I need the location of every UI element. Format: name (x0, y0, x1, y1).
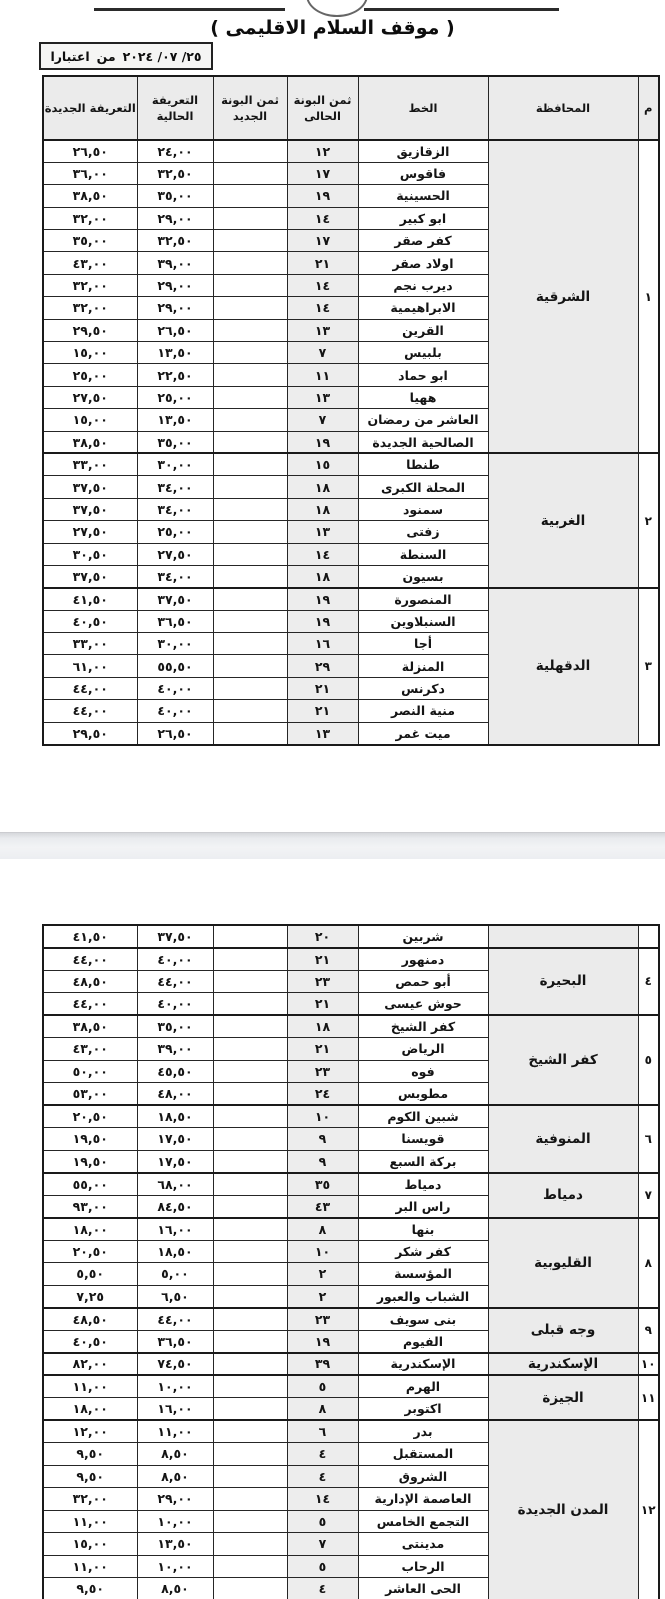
cell-coupon-new (213, 431, 287, 453)
cell-governorate: الدقهلية (488, 588, 638, 745)
cell-tariff-new: ٤٣,٠٠ (43, 1038, 137, 1061)
cell-coupon-new (213, 565, 287, 587)
cell-coupon-new (213, 655, 287, 677)
cell-tariff-new: ٤١,٥٠ (43, 588, 137, 610)
cell-tariff-current: ٤٤,٠٠ (137, 1308, 213, 1331)
cell-coupon-new (213, 521, 287, 543)
fare-row: ١١الجيزةالهرم٥١٠,٠٠١١,٠٠ (43, 1375, 659, 1398)
cell-tariff-new: ٣٨,٥٠ (43, 431, 137, 453)
cell-line: السنطة (358, 543, 488, 565)
cell-tariff-new: ٣٥,٠٠ (43, 230, 137, 252)
cell-line: الشباب والعبور (358, 1285, 488, 1308)
cell-coupon-current: ١٤ (287, 274, 358, 296)
cell-tariff-current: ١٧,٥٠ (137, 1150, 213, 1173)
cell-tariff-new: ٢٥,٠٠ (43, 364, 137, 386)
cell-tariff-current: ٨٤,٥٠ (137, 1195, 213, 1218)
cell-coupon-current: ٢١ (287, 677, 358, 699)
cell-coupon-new (213, 230, 287, 252)
cell-tariff-new: ١١,٠٠ (43, 1375, 137, 1398)
cell-num: ٩ (638, 1308, 659, 1353)
cell-coupon-current: ١٩ (287, 588, 358, 610)
cell-coupon-current: ١٤ (287, 207, 358, 229)
cell-num (638, 925, 659, 948)
cell-tariff-current: ٤٨,٠٠ (137, 1083, 213, 1106)
cell-tariff-current: ٣٥,٠٠ (137, 185, 213, 207)
cell-tariff-current: ٣٥,٠٠ (137, 1015, 213, 1038)
cell-coupon-new (213, 1038, 287, 1061)
cell-coupon-new (213, 1195, 287, 1218)
cell-line: الإسكندرية (358, 1353, 488, 1376)
cell-coupon-current: ٧ (287, 409, 358, 431)
cell-coupon-current: ١٠ (287, 1105, 358, 1128)
cell-tariff-new: ٥,٥٠ (43, 1263, 137, 1286)
cell-coupon-current: ٥ (287, 1375, 358, 1398)
cell-coupon-current: ٨ (287, 1218, 358, 1241)
cell-line: المؤسسة (358, 1263, 488, 1286)
cell-coupon-current: ٢١ (287, 948, 358, 971)
cell-line: اكتوبر (358, 1398, 488, 1421)
cell-num: ١٢ (638, 1420, 659, 1599)
cell-coupon-current: ٩ (287, 1128, 358, 1151)
cell-line: العاشر من رمضان (358, 409, 488, 431)
cell-coupon-new (213, 588, 287, 610)
cell-coupon-current: ٢١ (287, 993, 358, 1016)
header-cell-governorate: المحافظة (488, 76, 638, 140)
fare-table-page1: م المحافظة الخط ثمن البونة الحالى ثمن ال… (42, 75, 660, 746)
cell-tariff-current: ٥٥,٥٠ (137, 655, 213, 677)
cell-line: الابراهيمية (358, 297, 488, 319)
cell-coupon-current: ١٨ (287, 1015, 358, 1038)
cell-tariff-new: ٧,٢٥ (43, 1285, 137, 1308)
header-cell-tariff-current: التعريفة الحالية (137, 76, 213, 140)
cell-line: زفتى (358, 521, 488, 543)
cell-line: اولاد صقر (358, 252, 488, 274)
cell-coupon-current: ١٢ (287, 140, 358, 162)
fare-row: ١٢المدن الجديدةبدر٦١١,٠٠١٢,٠٠ (43, 1420, 659, 1443)
cell-tariff-new: ٢٩,٥٠ (43, 319, 137, 341)
cell-line: الشروق (358, 1465, 488, 1488)
cell-tariff-new: ٢٠,٥٠ (43, 1240, 137, 1263)
fare-row: ٢الغربيةطنطا١٥٣٠,٠٠٣٣,٠٠ (43, 453, 659, 475)
cell-tariff-current: ١٦,٠٠ (137, 1218, 213, 1241)
cell-governorate: وجه قبلى (488, 1308, 638, 1353)
cell-coupon-new (213, 498, 287, 520)
fare-table-body-page2: شربين٢٠٣٧,٥٠٤١,٥٠٤البحيرةدمنهور٢١٤٠,٠٠٤٤… (43, 925, 659, 1599)
cell-coupon-new (213, 1060, 287, 1083)
cell-coupon-new (213, 722, 287, 744)
page-separator (0, 832, 665, 859)
cell-line: دمنهور (358, 948, 488, 971)
cell-tariff-current: ٢٥,٠٠ (137, 521, 213, 543)
cell-coupon-current: ٣٩ (287, 1353, 358, 1376)
fare-row: شربين٢٠٣٧,٥٠٤١,٥٠ (43, 925, 659, 948)
cell-line: بنى سويف (358, 1308, 488, 1331)
cell-line: كفر صقر (358, 230, 488, 252)
cell-line: دكرنس (358, 677, 488, 699)
cell-tariff-current: ٢٢,٥٠ (137, 364, 213, 386)
cell-coupon-new (213, 970, 287, 993)
cell-coupon-new (213, 1263, 287, 1286)
header-cell-coupon-new: ثمن البونة الجديد (213, 76, 287, 140)
cell-line: المنزلة (358, 655, 488, 677)
cell-governorate: المدن الجديدة (488, 1420, 638, 1599)
fare-row: ٨القليوبيةبنها٨١٦,٠٠١٨,٠٠ (43, 1218, 659, 1241)
cell-line: التجمع الخامس (358, 1510, 488, 1533)
cell-tariff-new: ١٥,٠٠ (43, 409, 137, 431)
cell-tariff-current: ٣٥,٠٠ (137, 431, 213, 453)
cell-tariff-new: ٣٢,٠٠ (43, 297, 137, 319)
cell-coupon-current: ١٩ (287, 1330, 358, 1353)
cell-line: راس البر (358, 1195, 488, 1218)
cell-coupon-new (213, 1128, 287, 1151)
effective-date-word-1: اعتبارا (50, 49, 89, 64)
cell-tariff-new: ١٥,٠٠ (43, 1533, 137, 1556)
cell-tariff-new: ٩٣,٠٠ (43, 1195, 137, 1218)
cell-governorate: المنوفية (488, 1105, 638, 1173)
cell-coupon-new (213, 1015, 287, 1038)
cell-tariff-new: ١٨,٠٠ (43, 1218, 137, 1241)
cell-coupon-current: ١٦ (287, 633, 358, 655)
cell-coupon-current: ٧ (287, 1533, 358, 1556)
cell-line: السنبلاوين (358, 610, 488, 632)
cell-tariff-current: ٣٢,٥٠ (137, 230, 213, 252)
cell-tariff-new: ١٩,٥٠ (43, 1150, 137, 1173)
cell-line: بلبيس (358, 342, 488, 364)
cell-coupon-new (213, 342, 287, 364)
cell-coupon-current: ١٨ (287, 498, 358, 520)
cell-coupon-current: ٦ (287, 1420, 358, 1443)
cell-coupon-new (213, 409, 287, 431)
cell-tariff-current: ٢٧,٥٠ (137, 543, 213, 565)
cell-coupon-current: ٢١ (287, 700, 358, 722)
cell-coupon-current: ١٤ (287, 1488, 358, 1511)
cell-coupon-current: ٢٣ (287, 1060, 358, 1083)
cell-coupon-current: ٤ (287, 1443, 358, 1466)
cell-tariff-current: ٦٨,٠٠ (137, 1173, 213, 1196)
cell-line: شربين (358, 925, 488, 948)
cell-tariff-current: ٤٤,٠٠ (137, 970, 213, 993)
cell-line: كفر الشيخ (358, 1015, 488, 1038)
cell-tariff-current: ١٧,٥٠ (137, 1128, 213, 1151)
cell-tariff-current: ١٨,٥٠ (137, 1105, 213, 1128)
cell-line: المنصورة (358, 588, 488, 610)
cell-coupon-new (213, 162, 287, 184)
cell-coupon-new (213, 1398, 287, 1421)
cell-coupon-current: ١٩ (287, 185, 358, 207)
cell-tariff-new: ٣٦,٠٠ (43, 162, 137, 184)
cell-tariff-new: ٩,٥٠ (43, 1465, 137, 1488)
cell-tariff-new: ٣٣,٠٠ (43, 633, 137, 655)
cell-coupon-new (213, 140, 287, 162)
cell-tariff-new: ٣٢,٠٠ (43, 1488, 137, 1511)
cell-line: بدر (358, 1420, 488, 1443)
cell-coupon-new (213, 364, 287, 386)
cell-coupon-current: ٢ (287, 1285, 358, 1308)
fare-table-header: م المحافظة الخط ثمن البونة الحالى ثمن ال… (43, 76, 659, 140)
cell-coupon-new (213, 993, 287, 1016)
cell-tariff-current: ٢٩,٠٠ (137, 274, 213, 296)
cell-line: ابو حماد (358, 364, 488, 386)
cell-coupon-current: ١٩ (287, 610, 358, 632)
cell-coupon-new (213, 677, 287, 699)
cell-line: مدينتى (358, 1533, 488, 1556)
cell-line: دمياط (358, 1173, 488, 1196)
cell-tariff-current: ٢٤,٠٠ (137, 140, 213, 162)
cell-coupon-current: ٧ (287, 342, 358, 364)
cell-tariff-current: ١٣,٥٠ (137, 342, 213, 364)
cell-coupon-current: ٩ (287, 1150, 358, 1173)
effective-date-value: ٢٥/ ٠٧/ ٢٠٢٤ (123, 49, 202, 64)
cell-coupon-new (213, 1285, 287, 1308)
cell-coupon-new (213, 453, 287, 475)
cell-tariff-current: ٣٧,٥٠ (137, 588, 213, 610)
cell-coupon-current: ١٧ (287, 162, 358, 184)
cell-tariff-current: ٧٤,٥٠ (137, 1353, 213, 1376)
cell-tariff-current: ٣٠,٠٠ (137, 633, 213, 655)
cell-tariff-new: ٣٧,٥٠ (43, 476, 137, 498)
cell-tariff-current: ٨,٥٠ (137, 1465, 213, 1488)
cell-num: ٣ (638, 588, 659, 745)
cell-governorate: الغربية (488, 453, 638, 587)
cell-tariff-new: ٢٩,٥٠ (43, 722, 137, 744)
header-cell-coupon-current: ثمن البونة الحالى (287, 76, 358, 140)
header-cell-tariff-new: التعريفة الجديدة (43, 76, 137, 140)
cell-line: الحى العاشر (358, 1578, 488, 1599)
cell-tariff-current: ٦,٥٠ (137, 1285, 213, 1308)
cell-tariff-new: ٤٤,٠٠ (43, 948, 137, 971)
cell-coupon-current: ٨ (287, 1398, 358, 1421)
logo-arc (306, 0, 368, 17)
cell-coupon-current: ١٨ (287, 476, 358, 498)
cell-coupon-current: ٢ (287, 1263, 358, 1286)
page-title: ( موقف السلام الاقليمى ) (0, 17, 665, 39)
header-row: م المحافظة الخط ثمن البونة الحالى ثمن ال… (43, 76, 659, 140)
cell-tariff-current: ٣٩,٠٠ (137, 252, 213, 274)
cell-governorate: كفر الشيخ (488, 1015, 638, 1105)
cell-tariff-new: ٤٠,٥٠ (43, 1330, 137, 1353)
effective-date-box: اعتبارا من ٢٥/ ٠٧/ ٢٠٢٤ (39, 42, 213, 70)
cell-num: ١١ (638, 1375, 659, 1420)
cell-line: أبو حمص (358, 970, 488, 993)
cell-coupon-new (213, 1083, 287, 1106)
cell-tariff-current: ٣٢,٥٠ (137, 162, 213, 184)
cell-tariff-new: ٤١,٥٠ (43, 925, 137, 948)
cell-coupon-new (213, 252, 287, 274)
cell-tariff-new: ١٢,٠٠ (43, 1420, 137, 1443)
cell-coupon-new (213, 1150, 287, 1173)
cell-tariff-new: ٩,٥٠ (43, 1578, 137, 1599)
fare-row: ٤البحيرةدمنهور٢١٤٠,٠٠٤٤,٠٠ (43, 948, 659, 971)
cell-coupon-current: ٤ (287, 1465, 358, 1488)
cell-line: ميت غمر (358, 722, 488, 744)
cell-tariff-current: ٣٤,٠٠ (137, 565, 213, 587)
fare-row: ٧دمياطدمياط٣٥٦٨,٠٠٥٥,٠٠ (43, 1173, 659, 1196)
cell-line: بنها (358, 1218, 488, 1241)
cell-tariff-current: ٤٠,٠٠ (137, 993, 213, 1016)
cell-tariff-current: ٨,٥٠ (137, 1443, 213, 1466)
cell-tariff-new: ٢٧,٥٠ (43, 386, 137, 408)
cell-line: المستقبل (358, 1443, 488, 1466)
cell-num: ٨ (638, 1218, 659, 1308)
cell-tariff-new: ٥٣,٠٠ (43, 1083, 137, 1106)
cell-coupon-new (213, 1240, 287, 1263)
cell-tariff-new: ١٩,٥٠ (43, 1128, 137, 1151)
cell-coupon-new (213, 319, 287, 341)
cell-tariff-new: ٤٠,٥٠ (43, 610, 137, 632)
cell-governorate (488, 925, 638, 948)
cell-tariff-current: ٢٦,٥٠ (137, 722, 213, 744)
cell-tariff-new: ٤٣,٠٠ (43, 252, 137, 274)
cell-tariff-new: ٥٠,٠٠ (43, 1060, 137, 1083)
cell-line: حوش عيسى (358, 993, 488, 1016)
cell-coupon-current: ١٠ (287, 1240, 358, 1263)
cell-coupon-current: ١٩ (287, 431, 358, 453)
cell-coupon-new (213, 1330, 287, 1353)
cell-coupon-current: ٢٠ (287, 925, 358, 948)
cell-tariff-current: ١٠,٠٠ (137, 1555, 213, 1578)
cell-tariff-new: ١١,٠٠ (43, 1510, 137, 1533)
cell-tariff-current: ١٠,٠٠ (137, 1375, 213, 1398)
cell-coupon-new (213, 207, 287, 229)
cell-coupon-new (213, 1308, 287, 1331)
cell-tariff-new: ٢٧,٥٠ (43, 521, 137, 543)
cell-tariff-current: ٣٤,٠٠ (137, 476, 213, 498)
cell-tariff-new: ٣٨,٥٠ (43, 1015, 137, 1038)
cell-coupon-current: ٢٣ (287, 970, 358, 993)
cell-coupon-current: ١٧ (287, 230, 358, 252)
cell-line: الصالحية الجديدة (358, 431, 488, 453)
cell-coupon-current: ١٤ (287, 297, 358, 319)
cell-tariff-new: ١٨,٠٠ (43, 1398, 137, 1421)
cell-line: الحسينية (358, 185, 488, 207)
cell-line: أجا (358, 633, 488, 655)
cell-tariff-new: ٨٢,٠٠ (43, 1353, 137, 1376)
cell-coupon-new (213, 1105, 287, 1128)
cell-tariff-new: ٣٧,٥٠ (43, 498, 137, 520)
cell-tariff-new: ٣٢,٠٠ (43, 274, 137, 296)
cell-coupon-new (213, 1578, 287, 1599)
cell-tariff-current: ١٠,٠٠ (137, 1510, 213, 1533)
cell-tariff-current: ٢٩,٠٠ (137, 207, 213, 229)
cell-line: سمنود (358, 498, 488, 520)
cell-coupon-new (213, 610, 287, 632)
cell-tariff-current: ٢٥,٠٠ (137, 386, 213, 408)
cell-tariff-new: ٣٢,٠٠ (43, 207, 137, 229)
cell-tariff-new: ٥٥,٠٠ (43, 1173, 137, 1196)
cell-tariff-new: ٤٨,٥٠ (43, 1308, 137, 1331)
cell-tariff-current: ٣٠,٠٠ (137, 453, 213, 475)
cell-coupon-current: ٢٣ (287, 1308, 358, 1331)
cell-coupon-current: ١٣ (287, 722, 358, 744)
cell-tariff-current: ٤٠,٠٠ (137, 700, 213, 722)
cell-coupon-new (213, 1218, 287, 1241)
cell-num: ٤ (638, 948, 659, 1016)
cell-coupon-new (213, 274, 287, 296)
cell-coupon-current: ٢٤ (287, 1083, 358, 1106)
cell-tariff-new: ٢٠,٥٠ (43, 1105, 137, 1128)
cell-coupon-new (213, 1488, 287, 1511)
cell-coupon-new (213, 1173, 287, 1196)
cell-tariff-current: ٢٩,٠٠ (137, 1488, 213, 1511)
cell-tariff-new: ١٥,٠٠ (43, 342, 137, 364)
cell-line: بركة السبع (358, 1150, 488, 1173)
cell-tariff-new: ٤٨,٥٠ (43, 970, 137, 993)
cell-line: العاصمة الإدارية (358, 1488, 488, 1511)
cell-tariff-current: ١٣,٥٠ (137, 1533, 213, 1556)
cell-line: ههيا (358, 386, 488, 408)
cell-coupon-current: ١٤ (287, 543, 358, 565)
cell-tariff-current: ١١,٠٠ (137, 1420, 213, 1443)
cell-coupon-current: ١٣ (287, 386, 358, 408)
cell-tariff-new: ٢٦,٥٠ (43, 140, 137, 162)
cell-coupon-new (213, 1443, 287, 1466)
cell-coupon-new (213, 633, 287, 655)
cell-tariff-current: ٣٩,٠٠ (137, 1038, 213, 1061)
cell-num: ١ (638, 140, 659, 453)
cell-line: الفيوم (358, 1330, 488, 1353)
cell-coupon-new (213, 1353, 287, 1376)
cell-line: الزقازيق (358, 140, 488, 162)
cell-coupon-current: ١٣ (287, 521, 358, 543)
cell-tariff-new: ٣٧,٥٠ (43, 565, 137, 587)
cell-tariff-current: ٢٩,٠٠ (137, 297, 213, 319)
document-page: ( موقف السلام الاقليمى ) اعتبارا من ٢٥/ … (0, 0, 665, 1599)
cell-line: ديرب نجم (358, 274, 488, 296)
cell-coupon-current: ٣٥ (287, 1173, 358, 1196)
cell-line: قويسنا (358, 1128, 488, 1151)
cell-line: شبين الكوم (358, 1105, 488, 1128)
cell-coupon-new (213, 297, 287, 319)
cell-tariff-current: ٤٥,٥٠ (137, 1060, 213, 1083)
cell-line: كفر شكر (358, 1240, 488, 1263)
fare-row: ٩وجه قبلىبنى سويف٢٣٤٤,٠٠٤٨,٥٠ (43, 1308, 659, 1331)
cell-coupon-current: ١١ (287, 364, 358, 386)
cell-line: طنطا (358, 453, 488, 475)
fare-row: ١٠الإسكندريةالإسكندرية٣٩٧٤,٥٠٨٢,٠٠ (43, 1353, 659, 1376)
cell-coupon-new (213, 948, 287, 971)
cell-coupon-new (213, 1510, 287, 1533)
cell-tariff-new: ٣٣,٠٠ (43, 453, 137, 475)
cell-tariff-new: ٣٨,٥٠ (43, 185, 137, 207)
cell-coupon-current: ٥ (287, 1510, 358, 1533)
cell-coupon-new (213, 1465, 287, 1488)
fare-row: ١الشرقيةالزقازيق١٢٢٤,٠٠٢٦,٥٠ (43, 140, 659, 162)
cell-tariff-current: ٣٤,٠٠ (137, 498, 213, 520)
cell-tariff-current: ١٨,٥٠ (137, 1240, 213, 1263)
cell-coupon-current: ١٥ (287, 453, 358, 475)
cell-tariff-current: ٥,٠٠ (137, 1263, 213, 1286)
cell-tariff-current: ٣٦,٥٠ (137, 1330, 213, 1353)
cell-line: بسيون (358, 565, 488, 587)
cell-governorate: الشرقية (488, 140, 638, 453)
cell-tariff-current: ٨,٥٠ (137, 1578, 213, 1599)
cell-tariff-new: ٤٤,٠٠ (43, 993, 137, 1016)
cell-line: مطوبس (358, 1083, 488, 1106)
cell-coupon-new (213, 1375, 287, 1398)
cell-governorate: الإسكندرية (488, 1353, 638, 1376)
cell-coupon-current: ١٣ (287, 319, 358, 341)
fare-table-page2: شربين٢٠٣٧,٥٠٤١,٥٠٤البحيرةدمنهور٢١٤٠,٠٠٤٤… (42, 924, 660, 1599)
cell-tariff-new: ٤٤,٠٠ (43, 677, 137, 699)
cell-line: القرين (358, 319, 488, 341)
cell-num: ٢ (638, 453, 659, 587)
cell-tariff-new: ٣٠,٥٠ (43, 543, 137, 565)
cell-tariff-current: ١٣,٥٠ (137, 409, 213, 431)
cell-coupon-current: ٥ (287, 1555, 358, 1578)
cell-coupon-new (213, 925, 287, 948)
cell-coupon-current: ٢١ (287, 1038, 358, 1061)
cell-tariff-new: ١١,٠٠ (43, 1555, 137, 1578)
